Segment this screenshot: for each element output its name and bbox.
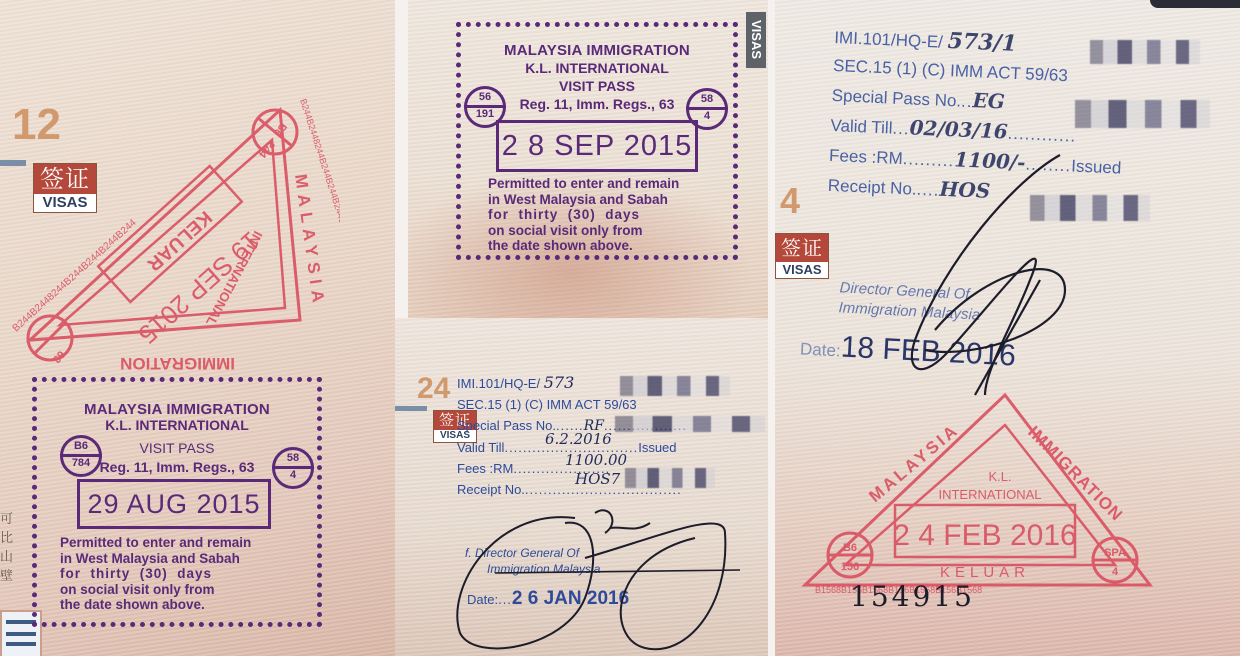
svg-text:4: 4	[1112, 566, 1119, 578]
exit-stamp-keluar: MALAYSIA IMMIGRATION K.L. INTERNATIONAL …	[795, 385, 1175, 595]
signature	[435, 498, 755, 656]
visit-pass-stamp: MALAYSIA IMMIGRATION K.L. INTERNATIONAL …	[456, 22, 738, 260]
photo-panel-page-4: 4 签证 VISAS IMI.101/HQ-E/ 573/1 SEC.15 (1…	[775, 0, 1240, 656]
stamp-date: 2 8 SEP 2015	[496, 120, 698, 172]
page-number: 4	[780, 180, 800, 222]
handwritten-valid-till: 6.2.2016	[545, 430, 612, 448]
edge-chinese-text: 可 比 山 壁	[0, 510, 14, 586]
signature	[865, 140, 1085, 400]
handwritten-receipt: HOS7	[575, 470, 620, 488]
redacted-ref	[620, 376, 730, 396]
redacted-special-pass	[1075, 100, 1210, 128]
svg-text:2 4 FEB 2016: 2 4 FEB 2016	[893, 519, 1076, 552]
stamp-conditions: Permitted to enter and remain in West Ma…	[60, 535, 300, 613]
stamp-office: K.L. INTERNATIONAL	[32, 417, 322, 433]
svg-text:63: 63	[50, 348, 67, 365]
visit-pass-stamp: MALAYSIA IMMIGRATION K.L. INTERNATIONAL …	[32, 377, 322, 627]
stamp-conditions: Permitted to enter and remain in West Ma…	[488, 176, 713, 254]
photo-panel-page-24: 24 签证 VISAS IMI.101/HQ-E/ 573 SEC.15 (1)…	[395, 318, 768, 656]
photo-corner-shadow	[1150, 0, 1240, 8]
svg-text:156: 156	[841, 561, 859, 573]
stamp-title: MALAYSIA IMMIGRATION	[32, 401, 322, 418]
redacted-ref	[1090, 40, 1200, 64]
svg-text:SPA: SPA	[1104, 547, 1126, 559]
svg-text:INTERNATIONAL: INTERNATIONAL	[938, 487, 1041, 502]
stamp-office: K.L. INTERNATIONAL	[456, 60, 738, 76]
svg-text:B6: B6	[843, 542, 857, 554]
stamp-date: 29 AUG 2015	[77, 479, 271, 529]
svg-text:B6: B6	[271, 120, 289, 138]
handwritten-fees: 1100.00	[565, 451, 627, 469]
form-section: SEC.15 (1) (C) IMM ACT 59/63	[457, 394, 687, 415]
photo-panel-page-12: 12 签证 VISAS 可 比 山 壁 B244B2448244B244B244…	[0, 0, 395, 656]
page-edge-mark	[395, 406, 427, 411]
stamp-code-right: 58 4	[272, 447, 314, 489]
svg-text:B244B2448244B244B244B244B244: B244B2448244B244B244B244B244	[11, 217, 139, 334]
photo-panel-visit-pass: VISAS MALAYSIA IMMIGRATION K.L. INTERNAT…	[408, 0, 768, 318]
redacted-receipt	[625, 468, 715, 488]
svg-text:K.L.: K.L.	[988, 469, 1011, 484]
visas-badge: 签证 VISAS	[775, 233, 829, 279]
stamp-code-left: B6 784	[60, 435, 102, 477]
redacted-special-pass	[615, 416, 765, 432]
visas-badge-english: VISAS	[776, 262, 828, 278]
page-number: 24	[417, 372, 450, 406]
svg-text:IMMIGRATION: IMMIGRATION	[120, 354, 235, 373]
visas-badge-chinese: 签证	[776, 234, 828, 262]
visas-side-tab: VISAS	[746, 12, 766, 68]
svg-text:KELUAR: KELUAR	[940, 564, 1030, 581]
handwritten-note: 154915	[850, 580, 975, 613]
stamp-title: MALAYSIA IMMIGRATION	[456, 42, 738, 59]
exit-stamp-keluar: B244B2448244B244B244B244B244 B244B244824…	[0, 70, 340, 380]
